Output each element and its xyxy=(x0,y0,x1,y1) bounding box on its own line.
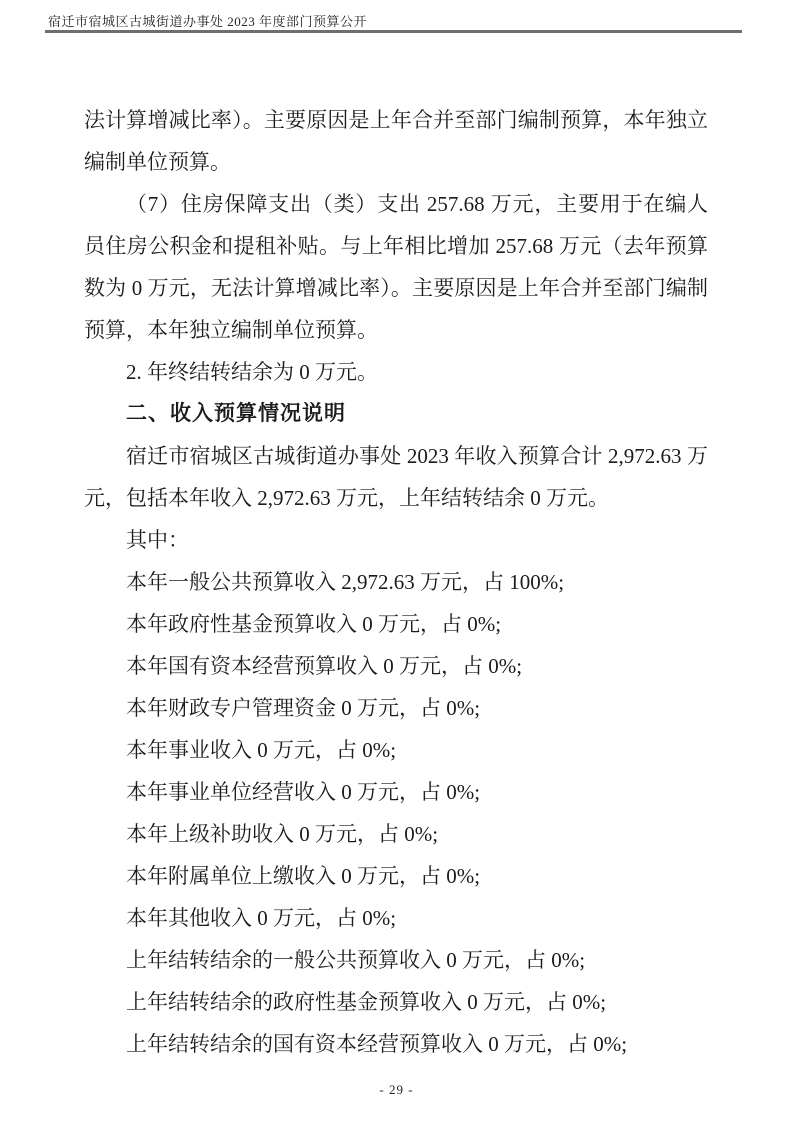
document-body: 法计算增减比率）。主要原因是上年合并至部门编制预算，本年独立编制单位预算。（7）… xyxy=(84,99,708,1065)
paragraph: 宿迁市宿城区古城街道办事处 2023 年收入预算合计 2,972.63 万元，包… xyxy=(84,435,708,519)
page-number: - 29 - xyxy=(0,1082,793,1098)
paragraph: 本年上级补助收入 0 万元，占 0%; xyxy=(84,813,708,855)
section-heading: 二、收入预算情况说明 xyxy=(84,393,708,435)
paragraph: 本年财政专户管理资金 0 万元，占 0%; xyxy=(84,687,708,729)
page-header-title: 宿迁市宿城区古城街道办事处 2023 年度部门预算公开 xyxy=(48,11,367,30)
paragraph: 本年事业单位经营收入 0 万元，占 0%; xyxy=(84,771,708,813)
paragraph: 本年其他收入 0 万元，占 0%; xyxy=(84,897,708,939)
paragraph: 本年国有资本经营预算收入 0 万元，占 0%; xyxy=(84,645,708,687)
header-rule xyxy=(45,30,742,33)
paragraph: （7）住房保障支出（类）支出 257.68 万元，主要用于在编人员住房公积金和提… xyxy=(84,183,708,351)
paragraph: 本年政府性基金预算收入 0 万元，占 0%; xyxy=(84,603,708,645)
document-page: 宿迁市宿城区古城街道办事处 2023 年度部门预算公开 法计算增减比率）。主要原… xyxy=(0,0,793,1122)
paragraph: 上年结转结余的一般公共预算收入 0 万元，占 0%; xyxy=(84,939,708,981)
paragraph: 上年结转结余的国有资本经营预算收入 0 万元，占 0%; xyxy=(84,1023,708,1065)
paragraph: 上年结转结余的政府性基金预算收入 0 万元，占 0%; xyxy=(84,981,708,1023)
paragraph: 2. 年终结转结余为 0 万元。 xyxy=(84,351,708,393)
paragraph: 本年事业收入 0 万元，占 0%; xyxy=(84,729,708,771)
paragraph: 法计算增减比率）。主要原因是上年合并至部门编制预算，本年独立编制单位预算。 xyxy=(84,99,708,183)
paragraph: 其中： xyxy=(84,519,708,561)
paragraph: 本年附属单位上缴收入 0 万元，占 0%; xyxy=(84,855,708,897)
paragraph: 本年一般公共预算收入 2,972.63 万元，占 100%; xyxy=(84,561,708,603)
